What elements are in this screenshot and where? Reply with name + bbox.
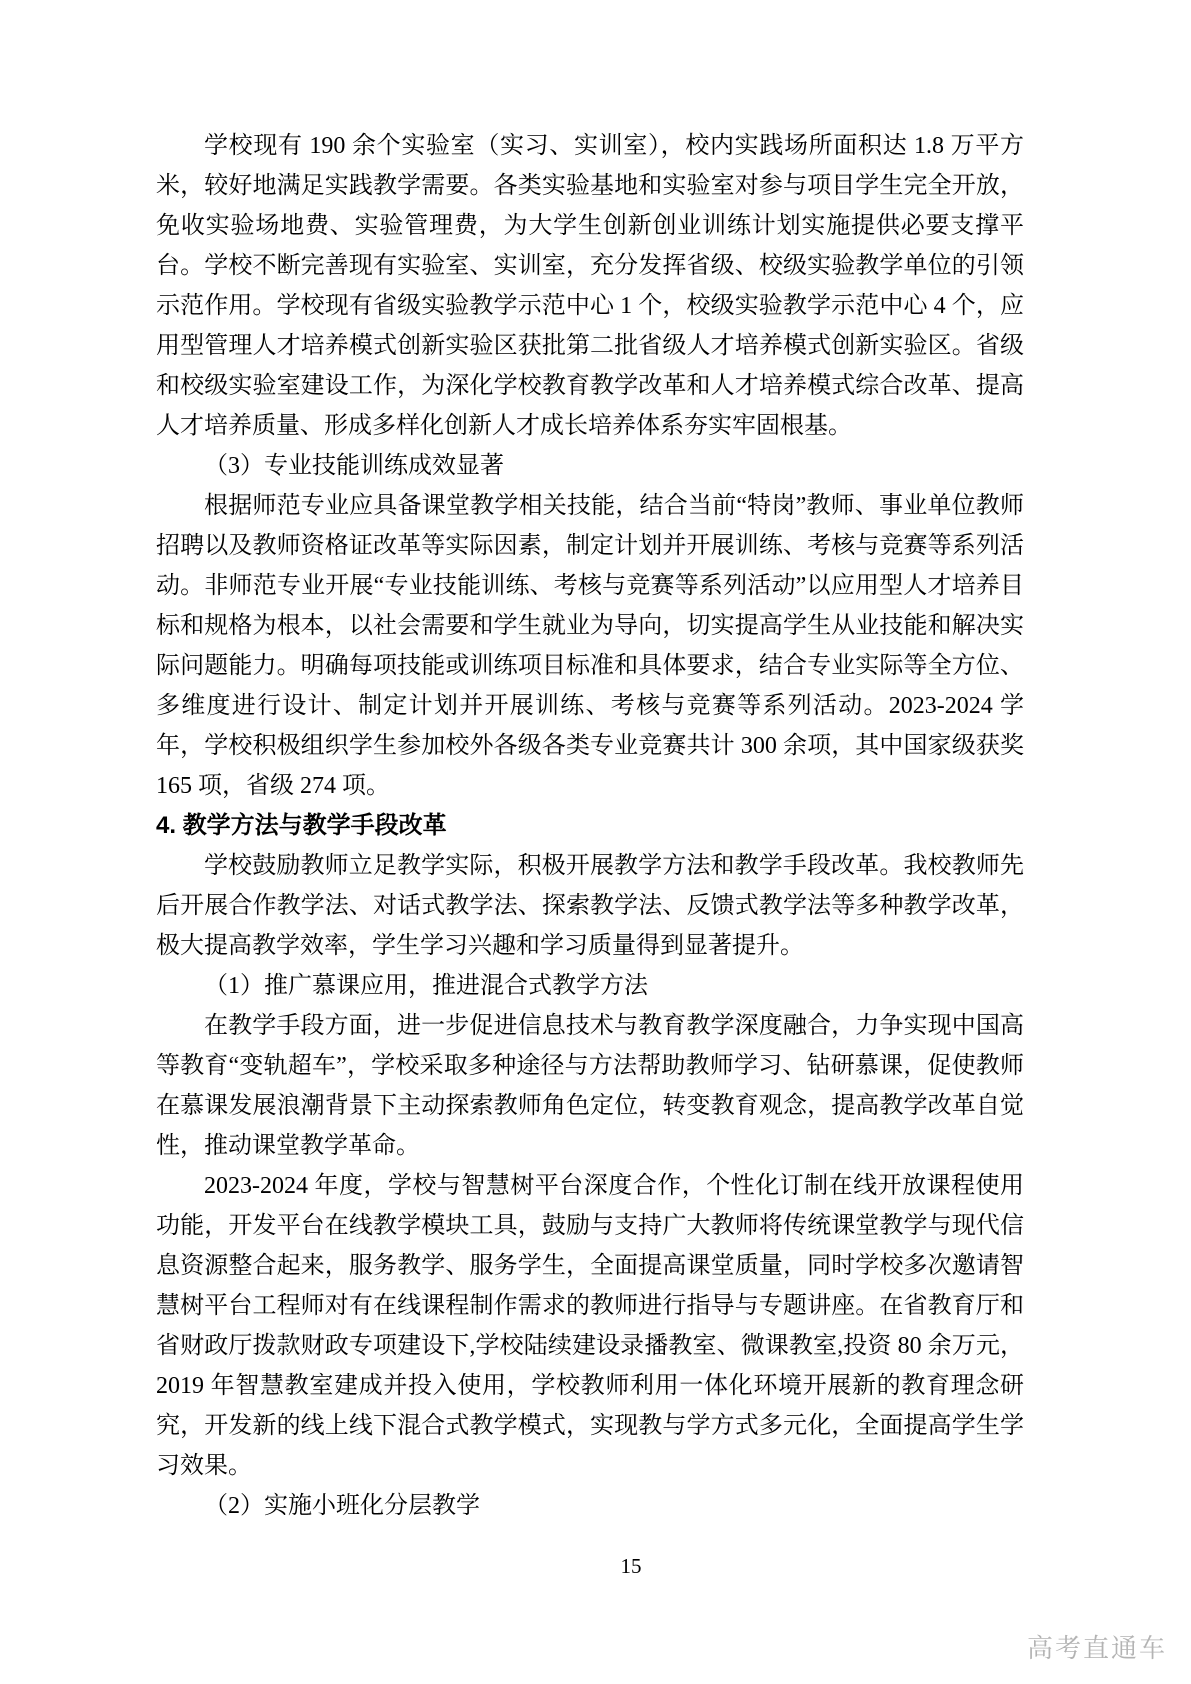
watermark-text: 高考直通车 <box>1027 1628 1167 1665</box>
subsection-heading-3-skill-training: （3）专业技能训练成效显著 <box>156 446 1024 486</box>
document-page: 学校现有 190 余个实验室（实习、实训室），校内实践场所面积达 1.8 万平方… <box>0 0 1191 1684</box>
paragraph-labs-overview: 学校现有 190 余个实验室（实习、实训室），校内实践场所面积达 1.8 万平方… <box>156 126 1024 446</box>
subsection-heading-2-small-class: （2）实施小班化分层教学 <box>156 1486 1024 1526</box>
paragraph-mooc-detail: 在教学手段方面，进一步促进信息技术与教育教学深度融合，力争实现中国高等教育“变轨… <box>156 1006 1024 1166</box>
section-heading-4-teaching-methods: 4. 教学方法与教学手段改革 <box>156 806 1024 846</box>
paragraph-skill-training-detail: 根据师范专业应具备课堂教学相关技能，结合当前“特岗”教师、事业单位教师招聘以及教… <box>156 486 1024 806</box>
subsection-heading-1-mooc: （1）推广慕课应用，推进混合式教学方法 <box>156 966 1024 1006</box>
page-number: 15 <box>0 1554 1191 1579</box>
paragraph-teaching-reform-intro: 学校鼓励教师立足教学实际，积极开展教学方法和教学手段改革。我校教师先后开展合作教… <box>156 846 1024 966</box>
paragraph-zhihuishu-platform: 2023-2024 年度，学校与智慧树平台深度合作，个性化订制在线开放课程使用功… <box>156 1166 1024 1486</box>
document-body: 学校现有 190 余个实验室（实习、实训室），校内实践场所面积达 1.8 万平方… <box>156 126 1024 1526</box>
